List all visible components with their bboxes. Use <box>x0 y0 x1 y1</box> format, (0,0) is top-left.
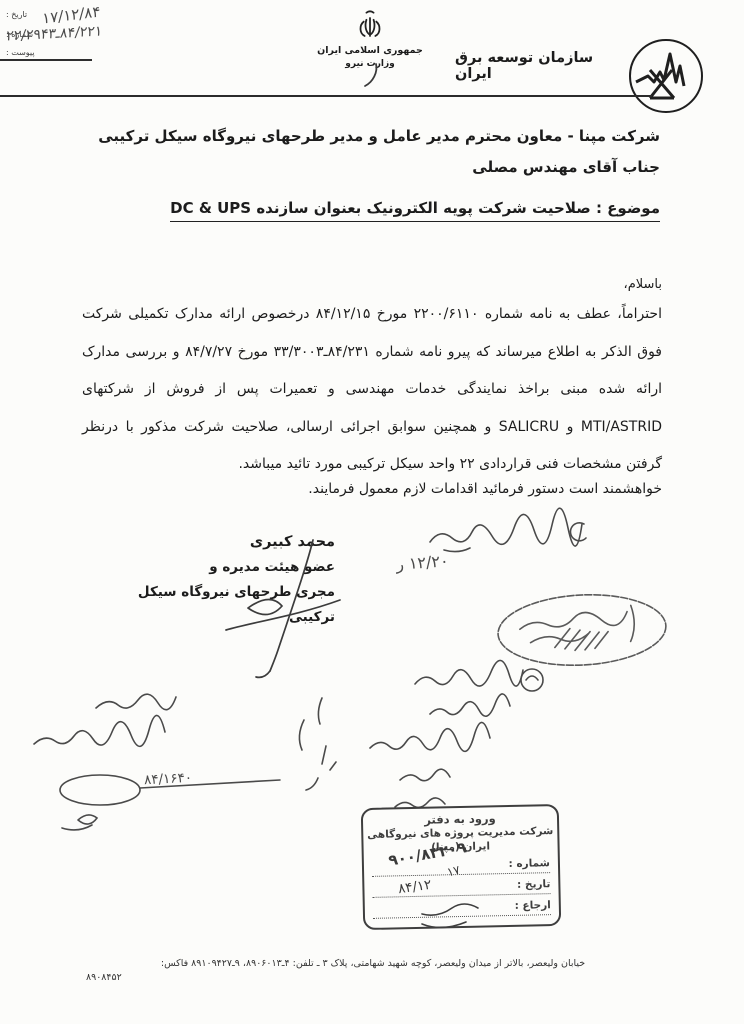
iran-emblem-icon <box>352 10 388 44</box>
org-name: سازمان توسعه برق ایران <box>455 50 630 82</box>
handwritten-left-number: ۸۴/۱۶۴۰ <box>144 770 193 788</box>
power-org-logo-icon <box>626 36 706 116</box>
handwritten-notes-center <box>270 650 600 820</box>
body-paragraph: احتراماً، عطف به نامه شماره ۲۲۰۰/۶۱۱۰ مو… <box>82 296 662 484</box>
date-label: تاریخ : <box>6 10 27 19</box>
letterhead-divider-short <box>0 59 92 61</box>
salutation: باسلام، <box>84 277 662 292</box>
recipient-line-1: شرکت مپنا - معاون محترم مدیر عامل و مدیر… <box>84 127 660 145</box>
stamp-referral-scribble <box>408 898 498 932</box>
entry-stamp-date-label: تاریخ : <box>517 878 551 891</box>
scanned-letter-page: تاریخ : شماره : پیوست : ۱۷/۱۲/۸۴ ۸۴/۲۲۱ـ… <box>0 0 744 1024</box>
subject-line: موضوع : صلاحیت شرکت پویه الکترونیک بعنوا… <box>84 199 660 217</box>
republic-line: جمهوری اسلامی ایران <box>292 45 448 56</box>
entry-stamp-number-label: شماره : <box>508 857 550 870</box>
recipient-line-2: جناب آقای مهندس مصلی <box>84 158 660 176</box>
letterhead-rule <box>0 95 652 97</box>
handwritten-note-left <box>18 692 288 840</box>
handwritten-margin-date: ۱۲/۲۰ ر <box>395 551 449 574</box>
footer-address-line: خیابان ولیعصر، بالاتر از میدان ولیعصر، ک… <box>78 958 668 969</box>
pen-tick-mark <box>363 62 379 88</box>
attachment-label: پیوست : <box>6 48 35 57</box>
handwritten-note-right <box>400 512 620 558</box>
entry-stamp-referral-label: ارجاع : <box>515 899 551 912</box>
footer-fax-number: ۸۹۰۸۴۵۲ <box>86 972 122 983</box>
handwritten-number: ۸۴/۲۲۱ـ۲۲/۲۹۴۳ <box>5 23 103 44</box>
closing-line: خواهشمند است دستور فرمائید اقدامات لازم … <box>84 481 662 497</box>
subject-text: موضوع : صلاحیت شرکت پویه الکترونیک بعنوا… <box>170 199 660 222</box>
